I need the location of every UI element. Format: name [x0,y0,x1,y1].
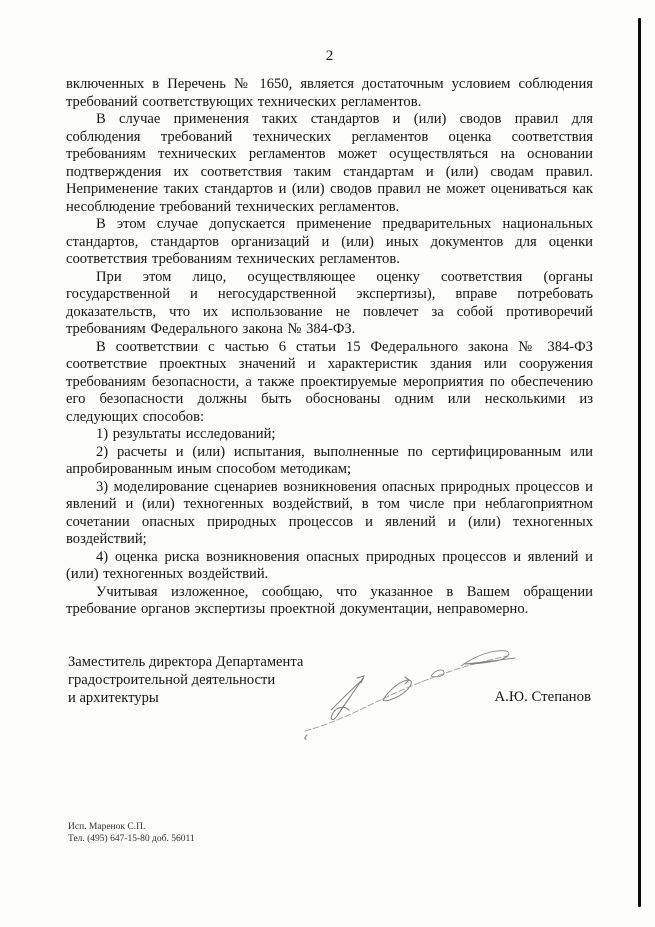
signer-position-line: и архитектуры [68,689,303,707]
body-paragraph: Учитывая изложенное, сообщаю, что указан… [66,584,593,619]
handwritten-signature-image [293,636,528,741]
signer-position-line: градостроительной деятельности [68,671,303,689]
body-list-item: 3) моделирование сценариев возникновения… [66,479,593,549]
body-paragraph: В случае применения таких стандартов и (… [66,111,593,216]
signer-name: А.Ю. Степанов [495,689,592,706]
body-paragraph: При этом лицо, осуществляющее оценку соо… [66,269,593,339]
letter-body: 2 включенных в Перечень № 1650, является… [66,48,593,619]
body-list-item: 4) оценка риска возникновения опасных пр… [66,549,593,584]
executor-footer: Исп. Маренок С.П. Тел. (495) 647-15-80 д… [68,822,195,845]
signer-position-line: Заместитель директора Департамента [68,653,303,671]
body-list-item: 2) расчеты и (или) испытания, выполненны… [66,444,593,479]
executor-phone: Тел. (495) 647-15-80 доб. 56011 [68,834,195,846]
body-paragraph: В этом случае допускается применение пре… [66,216,593,269]
executor-name: Исп. Маренок С.П. [68,822,195,834]
scanned-letter-page: { "document": { "page_number": "2", "par… [0,0,655,927]
scan-border-line [638,18,641,907]
body-text: включенных в Перечень № 1650, является д… [66,76,593,619]
page-number: 2 [66,48,593,65]
body-paragraph: В соответствии с частью 6 статьи 15 Феде… [66,339,593,427]
body-list-item: 1) результаты исследований; [66,426,593,444]
signer-position: Заместитель директора Департамента градо… [68,653,303,707]
body-paragraph: включенных в Перечень № 1650, является д… [66,76,593,111]
